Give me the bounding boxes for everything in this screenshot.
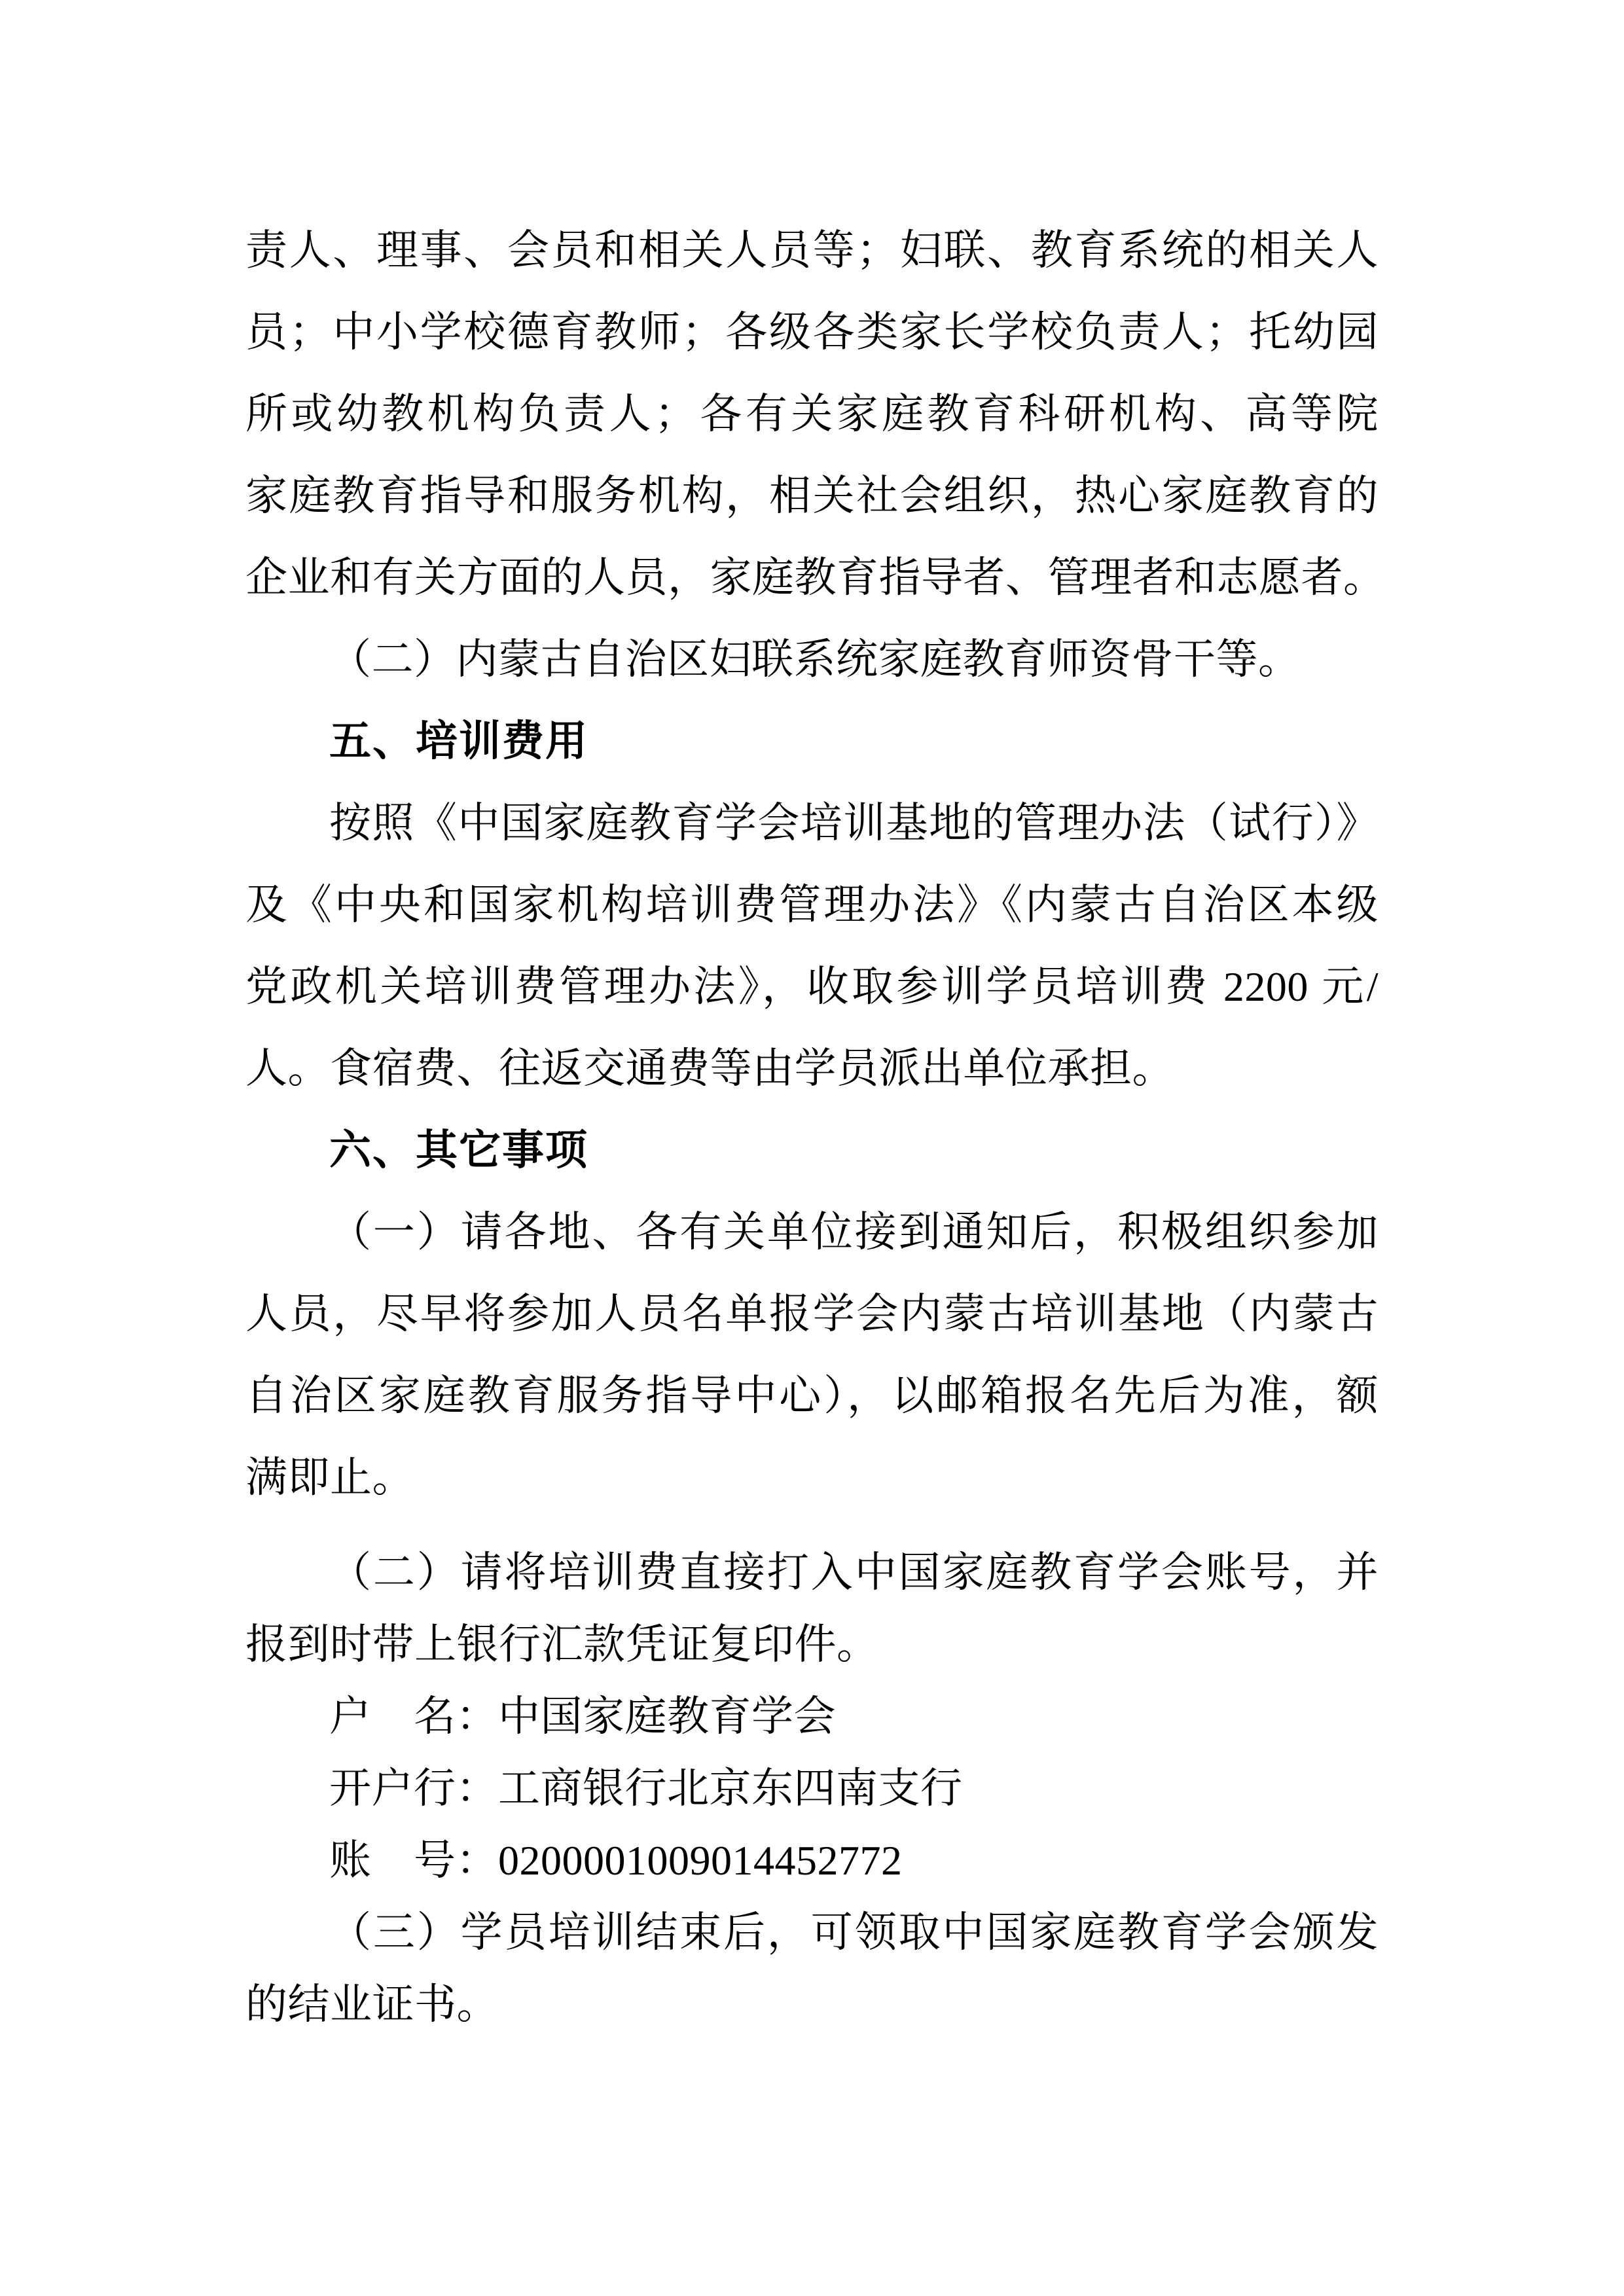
text-line: 开户行：工商银行北京东四南支行	[245, 1753, 1379, 1825]
text-line: 责人、理事、会员和相关人员等；妇联、教育系统的相关人	[245, 209, 1379, 291]
text-line: （三）学员培训结束后，可领取中国家庭教育学会颁发	[245, 1897, 1379, 1969]
text-line: 满即止。	[245, 1437, 1379, 1518]
text-line: 自治区家庭教育服务指导中心），以邮箱报名先后为准，额	[245, 1355, 1379, 1437]
text-line: 及《中央和国家机构培训费管理办法》《内蒙古自治区本级	[245, 864, 1379, 946]
text-line: 报到时带上银行汇款凭证复印件。	[245, 1609, 1379, 1681]
text-line: 人。食宿费、往返交通费等由学员派出单位承担。	[245, 1028, 1379, 1109]
text-line: 人员，尽早将参加人员名单报学会内蒙古培训基地（内蒙古	[245, 1273, 1379, 1355]
section-heading: 五、培训费用	[245, 700, 1379, 782]
text-line: 员；中小学校德育教师；各级各类家长学校负责人；托幼园	[245, 291, 1379, 373]
document-page: 责人、理事、会员和相关人员等；妇联、教育系统的相关人员；中小学校德育教师；各级各…	[0, 0, 1624, 2296]
text-line: 党政机关培训费管理办法》，收取参训学员培训费 2200 元/	[245, 946, 1379, 1028]
document-body: 责人、理事、会员和相关人员等；妇联、教育系统的相关人员；中小学校德育教师；各级各…	[245, 209, 1379, 2041]
text-line: （二）请将培训费直接打入中国家庭教育学会账号，并	[245, 1537, 1379, 1609]
text-line: 所或幼教机构负责人；各有关家庭教育科研机构、高等院校，	[245, 373, 1379, 455]
text-line: 账 号：0200001009014452772	[245, 1825, 1379, 1897]
text-line: 企业和有关方面的人员，家庭教育指导者、管理者和志愿者。	[245, 537, 1379, 619]
section-heading: 六、其它事项	[245, 1109, 1379, 1191]
text-line: 的结业证书。	[245, 1969, 1379, 2041]
text-line: 按照《中国家庭教育学会培训基地的管理办法（试行）》	[245, 782, 1379, 864]
text-line: （一）请各地、各有关单位接到通知后，积极组织参加	[245, 1191, 1379, 1273]
text-line: 家庭教育指导和服务机构，相关社会组织，热心家庭教育的	[245, 455, 1379, 537]
text-line: （二）内蒙古自治区妇联系统家庭教育师资骨干等。	[245, 619, 1379, 700]
text-line: 户 名：中国家庭教育学会	[245, 1681, 1379, 1753]
